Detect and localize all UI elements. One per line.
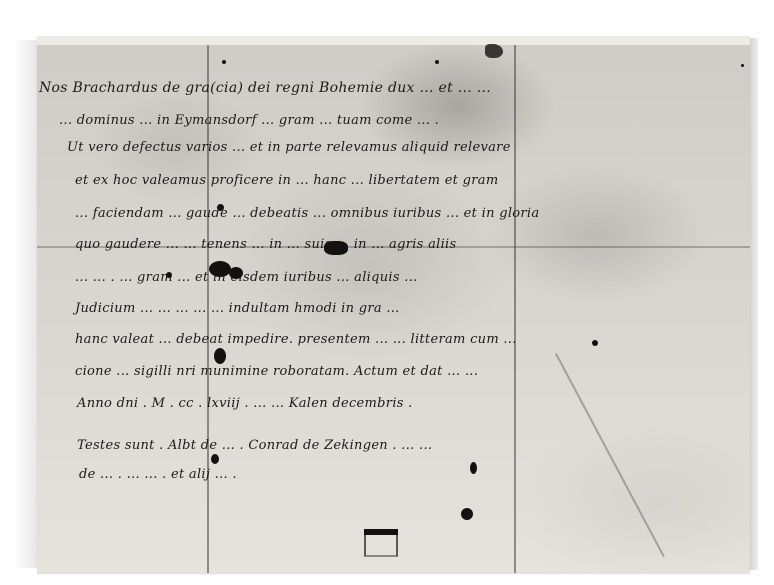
- ink-stain: [209, 261, 231, 277]
- fold-line-diagonal: [555, 353, 665, 557]
- ink-stain: [166, 272, 172, 278]
- text-line-7: ... ... . ... gram ... et in eisdem iuri…: [75, 270, 418, 285]
- ink-stain: [217, 204, 224, 211]
- text-line-10: cione ... sigilli nri munimine roboratam…: [75, 364, 478, 379]
- text-line-5: ... faciendam ... gaude ... debeatis ...…: [75, 206, 539, 221]
- text-line-11: Anno dni . M . cc . lxviij . ... ... Kal…: [77, 396, 413, 411]
- seal-slit: [364, 529, 398, 557]
- ink-stain: [324, 241, 348, 255]
- ink-stain: [214, 348, 226, 364]
- text-line-2: ... dominus ... in Eymansdorf ... gram .…: [59, 113, 439, 128]
- ink-stain: [741, 64, 744, 67]
- ink-stain: [435, 60, 439, 64]
- text-line-12: Testes sunt . Albt de ... . Conrad de Ze…: [77, 438, 432, 453]
- ink-stain: [229, 267, 243, 279]
- photo-shadow-left: [14, 40, 38, 568]
- text-line-9: hanc valeat ... debeat impedire. present…: [75, 332, 517, 347]
- fold-line-right: [514, 45, 516, 573]
- ink-stain: [461, 508, 473, 520]
- text-line-3: Ut vero defectus varios ... et in parte …: [67, 140, 511, 155]
- ink-stain: [470, 462, 477, 474]
- text-line-8: Judicium ... ... ... ... ... indultam hm…: [75, 301, 400, 316]
- charter-parchment: Nos Brachardus de gra(cia) dei regni Boh…: [37, 36, 750, 573]
- text-line-1: Nos Brachardus de gra(cia) dei regni Boh…: [39, 80, 491, 96]
- text-line-13: de ... . ... ... . et alij ... .: [79, 467, 237, 482]
- ink-stain: [485, 44, 503, 58]
- text-line-4: et ex hoc valeamus proficere in ... hanc…: [75, 173, 498, 188]
- photo-border-top: [37, 36, 750, 45]
- text-line-6: quo gaudere ... ... tenens ... in ... su…: [75, 237, 456, 252]
- ink-stain: [592, 340, 598, 346]
- ink-stain: [211, 454, 219, 464]
- ink-stain: [222, 60, 226, 64]
